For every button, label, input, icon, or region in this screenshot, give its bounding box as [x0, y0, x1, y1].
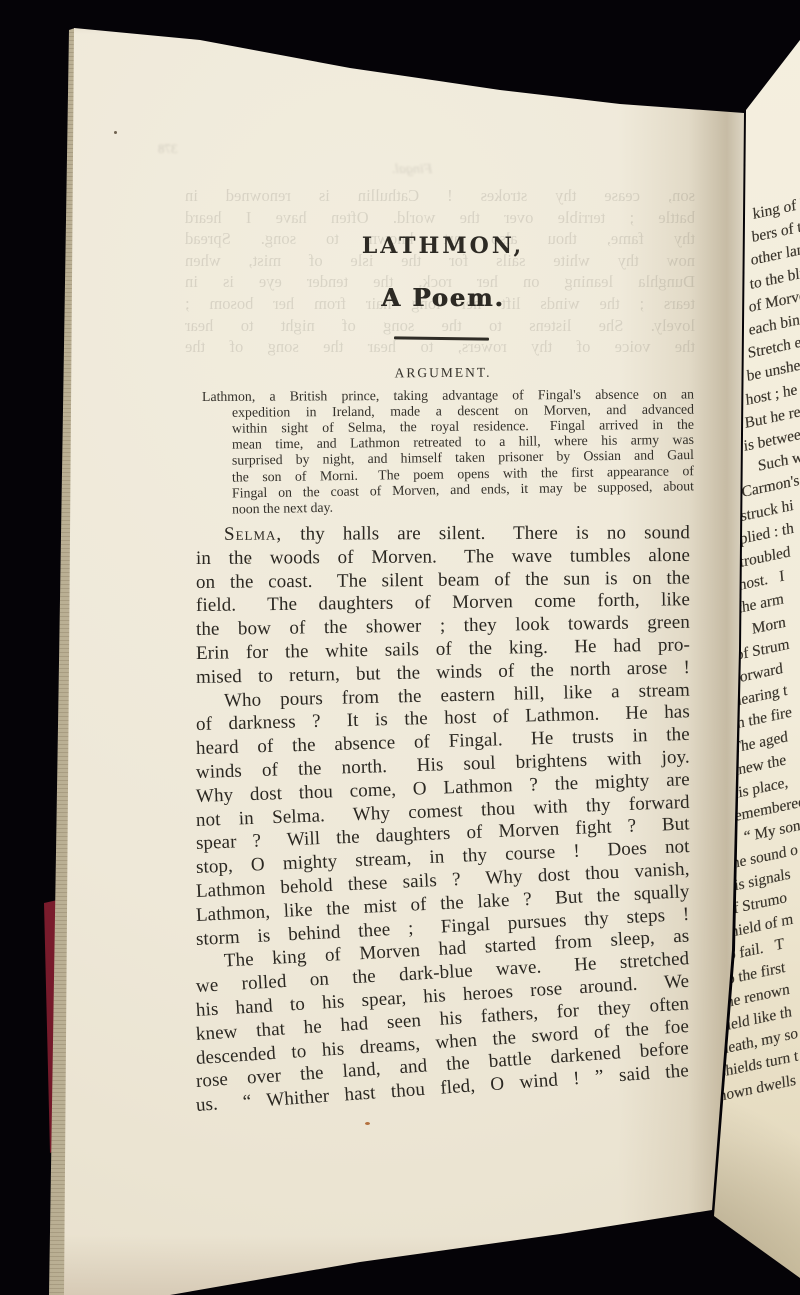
- body-line: in the woods of Morven. The wave tumbles…: [196, 545, 690, 570]
- ghost-line: the voice of thy rowers, to hear the son…: [185, 337, 695, 357]
- ghost-page-number: 378: [158, 141, 178, 157]
- paper-speck: [248, 560, 250, 562]
- paper-speck: [114, 131, 117, 134]
- ghost-line: lovely. She listens to the song of night…: [185, 316, 695, 336]
- ghost-line: son, cease thy strokes ! Cathullin is re…: [185, 186, 695, 206]
- small-caps-lead: Selma,: [224, 524, 282, 545]
- argument-heading: ARGUMENT.: [196, 363, 690, 382]
- poem-title: LATHMON,: [196, 233, 690, 259]
- paper-speck: [365, 1122, 370, 1125]
- body-line: Selma, thy halls are silent. There is no…: [196, 522, 690, 546]
- left-page: 378 Fingal. son, cease thy strokes ! Cat…: [0, 0, 800, 1295]
- book-photo: { "scene": { "background_color": "#05030…: [0, 0, 800, 1295]
- poem-subtitle: A Poem.: [196, 283, 690, 312]
- ghost-line: battle ; terrible over the world. Often …: [185, 208, 695, 228]
- right-page-line: king of Morv: [752, 189, 800, 224]
- ghost-running-header: Fingal.: [362, 162, 462, 178]
